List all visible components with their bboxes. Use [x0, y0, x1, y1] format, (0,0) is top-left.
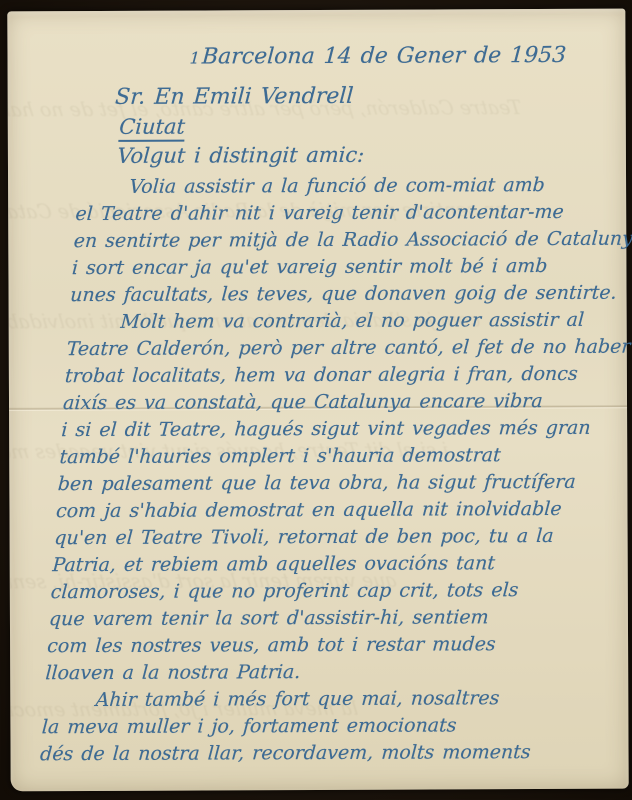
- date-text: Barcelona 14 de Gener de 1953: [201, 43, 567, 70]
- body-line: també l'hauries omplert i s'hauria demos…: [59, 442, 613, 471]
- salutation-line: Volgut i distingit amic:: [116, 140, 632, 171]
- letter-content: 1Barcelona 14 de Gener de 1953 Sr. En Em…: [39, 41, 632, 769]
- body-line: lloaven a la nostra Patria.: [45, 658, 599, 687]
- body-line: Patria, et rebiem amb aquelles ovacións …: [52, 550, 606, 579]
- date-line: 1Barcelona 14 de Gener de 1953: [189, 41, 632, 73]
- body-line: ben palesament que la teva obra, ha sigu…: [57, 469, 611, 498]
- body-line: aixís es va constatà, que Catalunya enca…: [62, 388, 616, 417]
- body-line: clamoroses, i que no proferint cap crit,…: [50, 577, 604, 606]
- body-line: en sentirte per mitjà de la Radio Associ…: [73, 226, 627, 255]
- body-line: trobat localitats, hem va donar alegria …: [64, 361, 618, 390]
- body-line: dés de la nostra llar, recordavem, molts…: [39, 739, 593, 768]
- address-text: Ciutat: [118, 115, 185, 142]
- body-line: la meva muller i jo, fortament emocionat…: [41, 712, 595, 741]
- body-line: com les nostres veus, amb tot i restar m…: [46, 631, 600, 660]
- address-line: Ciutat: [118, 111, 632, 142]
- body-line: Ahir també i més fort que mai, nosaltres: [43, 685, 597, 714]
- body-line: Volia assistir a la funció de com-miat a…: [76, 172, 630, 201]
- scan-background: Teatre Calderón, però per altre cantó, e…: [0, 0, 632, 800]
- body-line: que varem tenir la sort d'assistir-hi, s…: [48, 604, 602, 633]
- body-line: i sort encar ja qu'et vareig sentir molt…: [71, 253, 625, 282]
- body-line: el Teatre d'ahir nit i vareig tenir d'ac…: [75, 199, 629, 228]
- body-line: Teatre Calderón, però per altre cantó, e…: [66, 334, 620, 363]
- body-line: Molt hem va contrarià, el no poguer assi…: [68, 307, 622, 336]
- body-line: com ja s'habia demostrat en aquella nit …: [55, 496, 609, 525]
- body-line: i si el dit Teatre, hagués sigut vint ve…: [60, 415, 614, 444]
- body-line: unes facultats, les teves, que donaven g…: [69, 280, 623, 309]
- page-mark: 1: [189, 49, 200, 68]
- letter-paper: Teatre Calderón, però per altre cantó, e…: [7, 9, 628, 792]
- body-line: qu'en el Teatre Tivoli, retornat de ben …: [53, 523, 607, 552]
- recipient-line: Sr. En Emili Vendrell: [114, 81, 632, 113]
